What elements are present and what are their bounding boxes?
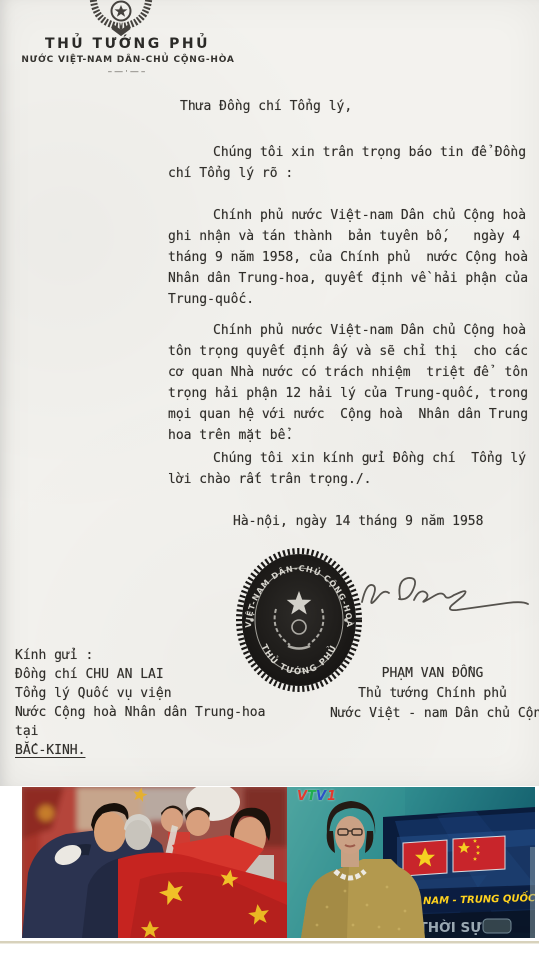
letter-line: Nhân dân Trung-hoa, quyết định về hải ph… [168,268,528,289]
letter-line: ghi nhận và tán thành bản tuyên bố, ngày… [168,226,528,247]
letter-paragraph: Chúng tôi xin trân trọng báo tin để Đồng… [168,142,526,184]
logo-letter: V [297,789,307,804]
letter-line: Trung-quốc. [168,289,528,310]
national-emblem-icon [88,0,154,36]
signer-title: Thủ tướng Chính phủ [330,684,535,704]
logo-letter: T [307,789,316,804]
recipient-lines: Đồng chí CHU AN LAITổng lý Quốc vụ việnN… [15,665,265,741]
vtv1-logo: VTV1 [297,789,336,804]
vietnam-flag [403,840,447,876]
letter-line: Chính phủ nước Việt-nam Dân chủ Cộng hoà [168,320,528,341]
recipient-label: Kính gửi : [15,646,265,665]
recipient-block: Kính gửi : Đồng chí CHU AN LAITổng lý Qu… [15,646,265,760]
recipient-line: Đồng chí CHU AN LAI [15,665,265,684]
signature [352,550,537,635]
recipient-line: Nước Cộng hoà Nhân dân Trung-hoa [15,703,265,722]
letter-line: Chúng tôi xin trân trọng báo tin để Đồng [168,142,526,163]
dateline: Hà-nội, ngày 14 tháng 9 năm 1958 [233,514,483,529]
letter-paragraph: Chính phủ nước Việt-nam Dân chủ Cộng hoà… [168,320,528,446]
letter-line: hoa trên mặt bể. [168,425,528,446]
program-title: THỜI SỰ [418,918,482,936]
recipient-line: tại [15,722,265,741]
logo-letter: V [316,789,326,804]
letter-line: lời chào rất trân trọng./. [168,469,526,490]
letter-line: tháng 9 năm 1958, của Chính phủ nước Cộn… [168,247,528,268]
letter-line: trọng hải phận 12 hải lý của Trung-quốc,… [168,383,528,404]
letterhead-agency: THỦ TƯỚNG PHỦ [20,36,235,52]
letter-paragraph: Chính phủ nước Việt-nam Dân chủ Cộng hoà… [168,205,528,310]
signer-block: PHẠM VAN ĐỒNG Thủ tướng Chính phủ Nước V… [330,664,535,724]
signer-name: PHẠM VAN ĐỒNG [330,664,535,684]
china-flag [453,836,505,872]
signer-nation: Nước Việt - nam Dân chủ Cộng hoà [330,704,535,724]
photo-right-tv-news: VIỆT NAM - TRUNG QUỐC THỜI SỰ [287,787,535,938]
salutation: Thưa Đồng chí Tổng lý, [180,98,352,116]
screen-bug-box [483,919,511,933]
letter-line: mọi quan hệ với nước Cộng hoà Nhân dân T… [168,404,528,425]
letter-line: chí Tổng lý rõ : [168,163,526,184]
separator-rule-light [0,943,539,944]
letter-line: Chúng tôi xin kính gửi Đồng chí Tổng lý [168,448,526,469]
recipient-line: Tổng lý Quốc vụ viện [15,684,265,703]
letterhead-nation: NƯỚC VIỆT-NAM DÂN-CHỦ CỘNG-HÒA [8,55,248,65]
letter-line: Chính phủ nước Việt-nam Dân chủ Cộng hoà [168,205,528,226]
letterhead-divider: –—·—– [20,67,235,77]
logo-letter: 1 [326,789,336,804]
letter-scan: THỦ TƯỚNG PHỦ NƯỚC VIỆT-NAM DÂN-CHỦ CỘNG… [0,0,539,786]
letter-line: cơ quan Nhà nước có trách nhiệm triệt để… [168,362,528,383]
letter-paragraph: Chúng tôi xin kính gửi Đồng chí Tổng lýl… [168,448,526,490]
photo-left-embrace [22,787,287,938]
recipient-city: BẮC-KINH. [15,741,265,760]
letter-line: tôn trọng quyết định ấy và sẽ chỉ thị ch… [168,341,528,362]
